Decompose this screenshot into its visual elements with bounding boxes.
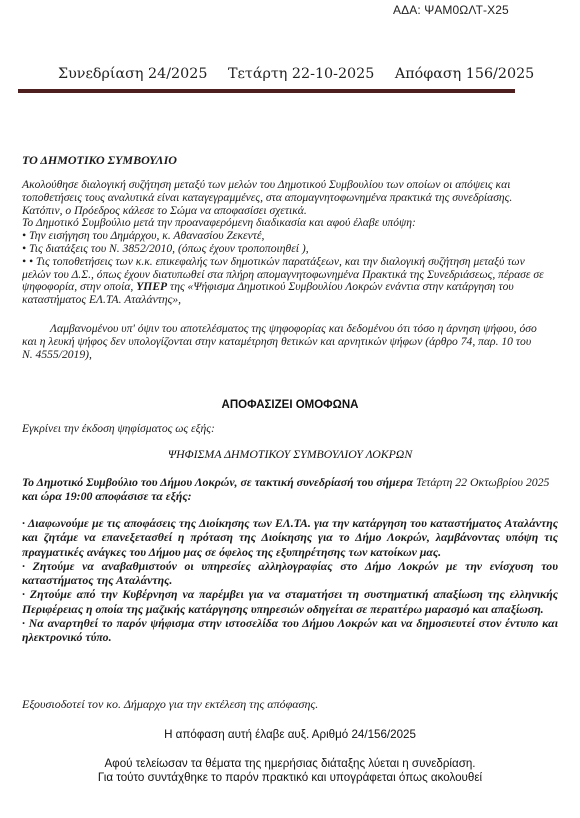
deliberation-paragraph: Ακολούθησε διαλογική συζήτηση μεταξύ των… xyxy=(22,179,552,307)
authorization-line: Εξουσιοδοτεί τον κο. Δήμαρχο για την εκτ… xyxy=(22,698,552,711)
ada-code: ΑΔΑ: ΨΑΜ0ΩΛΤ-Χ25 xyxy=(393,3,509,17)
bullet-line: • Τις διατάξεις του Ν. 3852/2010, (όπως … xyxy=(22,243,552,256)
resolution-intro: Το Δημοτικό Συμβούλιο του Δήμου Λοκρών, … xyxy=(22,475,552,503)
approval-line: Εγκρίνει την έκδοση ψηφίσματος ως εξής: xyxy=(22,423,552,436)
resolution-point: · Ζητούμε να αναβαθμιστούν οι υπηρεσίες … xyxy=(22,559,558,588)
session-date: Τετάρτη 22-10-2025 xyxy=(228,66,374,82)
text-line: Λαμβανομένου υπ' όψιν του αποτελέσματος … xyxy=(22,323,552,336)
document-header: Συνεδρίαση 24/2025 Τετάρτη 22-10-2025 Απ… xyxy=(58,66,558,82)
text-line: Ν. 4555/2019), xyxy=(22,349,552,362)
resolution-title: ΨΗΦΙΣΜΑ ΔΗΜΟΤΙΚΟΥ ΣΥΜΒΟΥΛΙΟΥ ΛΟΚΡΩΝ xyxy=(0,447,580,462)
decision-heading: ΑΠΟΦΑΣΙΖΕΙ ΟΜΟΦΩΝΑ xyxy=(0,399,580,411)
decision-registry-number: Η απόφαση αυτή έλαβε αυξ. Αριθμό 24/156/… xyxy=(0,728,580,742)
text-line: Για τούτο συντάχθηκε το παρόν πρακτικό κ… xyxy=(0,771,580,785)
text-line: καταστήματος ΕΛ.ΤΑ. Αταλάντης», xyxy=(22,294,552,307)
council-title: ΤΟ ΔΗΜΟΤΙΚΟ ΣΥΜΒΟΥΛΙΟ xyxy=(22,154,552,167)
text-line: και η λευκή ψήφος δεν υπολογίζονται στην… xyxy=(22,336,552,349)
resolution-point: · Διαφωνούμε με τις αποφάσεις της Διοίκη… xyxy=(22,516,558,559)
resolution-point: · Ζητούμε από την Κυβέρνηση να παρέμβει … xyxy=(22,587,558,616)
closing-statement: Αφού τελείωσαν τα θέματα της ημερήσιας δ… xyxy=(0,757,580,785)
text-line: τοποθετήσεις τους αναλυτικά είναι καταγε… xyxy=(22,192,552,205)
text-line: Αφού τελείωσαν τα θέματα της ημερήσιας δ… xyxy=(0,757,580,771)
vote-result: ΥΠΕΡ xyxy=(136,280,167,293)
decision-number: Απόφαση 156/2025 xyxy=(395,66,534,82)
text-line: Ακολούθησε διαλογική συζήτηση μεταξύ των… xyxy=(22,179,552,192)
session-number: Συνεδρίαση 24/2025 xyxy=(58,66,207,82)
considering-paragraph: Λαμβανομένου υπ' όψιν του αποτελέσματος … xyxy=(22,323,552,361)
meeting-date: Τετάρτη 22 Οκτωβρίου 2025 xyxy=(416,475,549,489)
resolution-points: · Διαφωνούμε με τις αποφάσεις της Διοίκη… xyxy=(22,516,558,645)
resolution-point: · Να αναρτηθεί το παρόν ψήφισμα στην ιστ… xyxy=(22,616,558,645)
bullet-line: • • Τις τοποθετήσεις των κ.κ. επικεφαλής… xyxy=(22,256,552,269)
header-rule xyxy=(18,89,515,93)
